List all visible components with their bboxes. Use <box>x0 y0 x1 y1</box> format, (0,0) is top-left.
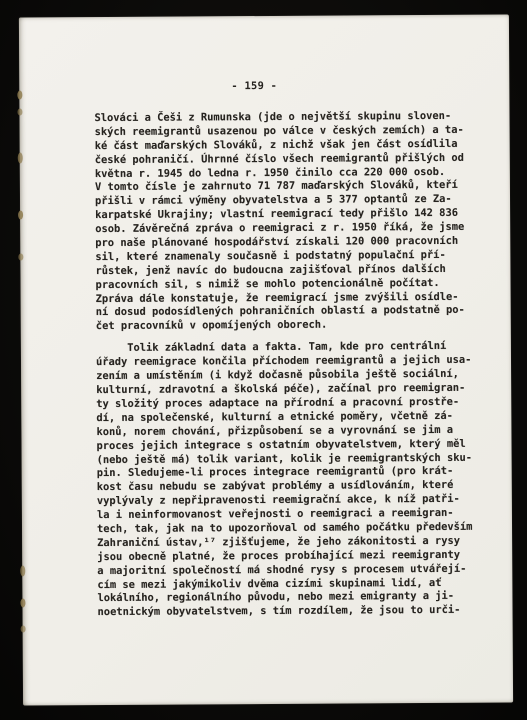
paragraph-1: Slováci a Češi z Rumunska (jde o největš… <box>94 110 480 335</box>
binding-mark <box>18 210 23 219</box>
text-line: čet pracovníků v opomíjených oborech. <box>96 318 481 334</box>
text-line: noetnickým obyvatelstvem, s tím rozdílem… <box>98 604 483 620</box>
photo-background: - 159 - Slováci a Češi z Rumunska (jde o… <box>0 0 527 720</box>
body-text: Slováci a Češi z Rumunska (jde o největš… <box>94 110 482 621</box>
paragraph-2: Tolik základní data a fakta. Tam, kde pr… <box>96 340 483 620</box>
binding-mark <box>17 90 22 99</box>
binding-mark <box>17 108 22 115</box>
binding-mark <box>21 625 26 632</box>
binding-mark <box>18 152 23 163</box>
page-number: - 159 - <box>231 80 277 92</box>
binding-mark <box>20 598 25 607</box>
binding-mark <box>18 253 23 260</box>
binding-mark <box>20 565 25 576</box>
document-page: - 159 - Slováci a Češi z Rumunska (jde o… <box>19 15 513 706</box>
